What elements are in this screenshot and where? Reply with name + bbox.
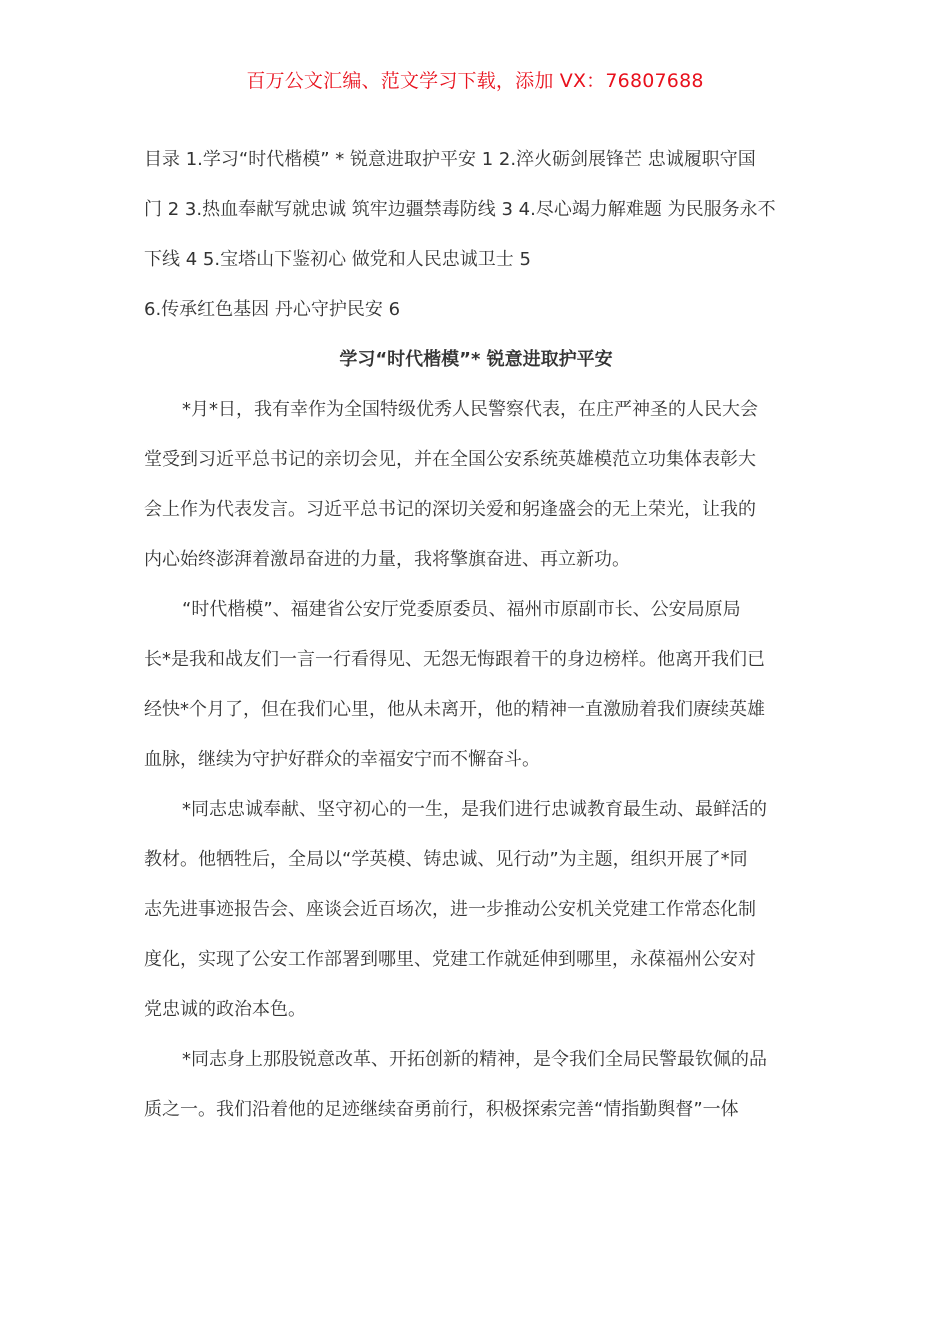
paragraph-line: *同志忠诚奉献、坚守初心的一生，是我们进行忠诚教育最生动、最鲜活的 (144, 785, 808, 835)
paragraph-line: 志先进事迹报告会、座谈会近百场次，进一步推动公安机关党建工作常态化制 (144, 885, 808, 935)
paragraph-line: 堂受到习近平总书记的亲切会见，并在全国公安系统英雄模范立功集体表彰大 (144, 435, 808, 485)
paragraph-4: *同志身上那股锐意改革、开拓创新的精神，是令我们全局民警最钦佩的品 质之一。我们… (144, 1035, 808, 1135)
paragraph-line: 教材。他牺牲后，全局以“学英模、铸忠诚、见行动”为主题，组织开展了*同 (144, 835, 808, 885)
toc-line: 6.传承红色基因 丹心守护民安 6 (144, 285, 808, 335)
paragraph-line: 党忠诚的政治本色。 (144, 985, 808, 1035)
paragraph-3: *同志忠诚奉献、坚守初心的一生，是我们进行忠诚教育最生动、最鲜活的 教材。他牺牲… (144, 785, 808, 1035)
paragraph-line: 血脉，继续为守护好群众的幸福安宁而不懈奋斗。 (144, 735, 808, 785)
paragraph-line: *同志身上那股锐意改革、开拓创新的精神，是令我们全局民警最钦佩的品 (144, 1035, 808, 1085)
paragraph-1: *月*日，我有幸作为全国特级优秀人民警察代表，在庄严神圣的人民大会 堂受到习近平… (144, 385, 808, 585)
paragraph-line: *月*日，我有幸作为全国特级优秀人民警察代表，在庄严神圣的人民大会 (144, 385, 808, 435)
paragraph-line: 经快*个月了，但在我们心里，他从未离开，他的精神一直激励着我们赓续英雄 (144, 685, 808, 735)
paragraph-line: 会上作为代表发言。习近平总书记的深切关爱和躬逢盛会的无上荣光，让我的 (144, 485, 808, 535)
paragraph-line: 内心始终澎湃着激昂奋进的力量，我将擎旗奋进、再立新功。 (144, 535, 808, 585)
toc-line: 下线 4 5.宝塔山下鉴初心 做党和人民忠诚卫士 5 (144, 235, 808, 285)
download-banner: 百万公文汇编、范文学习下载，添加 VX：76807688 (0, 66, 950, 93)
toc-line: 目录 1.学习“时代楷模” * 锐意进取护平安 1 2.淬火砺剑展锋芒 忠诚履职… (144, 135, 808, 185)
paragraph-line: 度化，实现了公安工作部署到哪里、党建工作就延伸到哪里，永葆福州公安对 (144, 935, 808, 985)
table-of-contents: 目录 1.学习“时代楷模” * 锐意进取护平安 1 2.淬火砺剑展锋芒 忠诚履职… (144, 135, 808, 335)
paragraph-line: 质之一。我们沿着他的足迹继续奋勇前行，积极探索完善“情指勤舆督”一体 (144, 1085, 808, 1135)
toc-line: 门 2 3.热血奉献写就忠诚 筑牢边疆禁毒防线 3 4.尽心竭力解难题 为民服务… (144, 185, 808, 235)
paragraph-line: “时代楷模”、福建省公安厅党委原委员、福州市原副市长、公安局原局 (144, 585, 808, 635)
paragraph-line: 长*是我和战友们一言一行看得见、无怨无悔跟着干的身边榜样。他离开我们已 (144, 635, 808, 685)
paragraph-2: “时代楷模”、福建省公安厅党委原委员、福州市原副市长、公安局原局 长*是我和战友… (144, 585, 808, 785)
article-title: 学习“时代楷模”* 锐意进取护平安 (144, 335, 808, 385)
document-page: 目录 1.学习“时代楷模” * 锐意进取护平安 1 2.淬火砺剑展锋芒 忠诚履职… (144, 135, 808, 1135)
